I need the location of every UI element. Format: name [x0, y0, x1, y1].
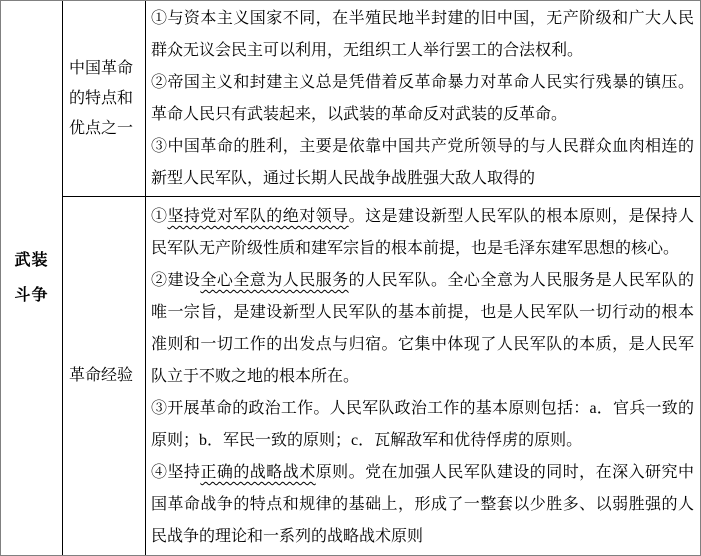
paragraph: ①坚持党对军队的绝对领导。这是建设新型人民军队的根本原则，是保持人民军队无产阶级… — [151, 201, 694, 265]
text-segment: ③开展革命的政治工作。人民军队政治工作的基本原则包括：a．官兵一致的原则；b．军… — [151, 400, 694, 449]
text-segment: ① — [151, 208, 167, 225]
table-row: 中国革命的特点和优点之一①与资本主义国家不同，在半殖民地半封建的旧中国，无产阶级… — [63, 1, 700, 197]
table-row: 革命经验①坚持党对军队的绝对领导。这是建设新型人民军队的根本原则，是保持人民军队… — [63, 197, 700, 555]
paragraph: ①与资本主义国家不同，在半殖民地半封建的旧中国，无产阶级和广大人民群众无议会民主… — [151, 3, 694, 67]
row-content-cell: ①与资本主义国家不同，在半殖民地半封建的旧中国，无产阶级和广大人民群众无议会民主… — [146, 1, 700, 196]
paragraph: ④坚持正确的战略战术原则。党在加强人民军队建设的同时，在深入研究中国革命战争的特… — [151, 457, 694, 553]
text-segment: ④坚持 — [151, 464, 200, 481]
wavy-underline-text: 坚持党对军队的绝对领导 — [167, 208, 348, 225]
paragraph: ②帝国主义和封建主义总是凭借着反革命暴力对革命人民实行残暴的镇压。革命人民只有武… — [151, 67, 694, 131]
notes-table: 武装斗争 中国革命的特点和优点之一①与资本主义国家不同，在半殖民地半封建的旧中国… — [0, 0, 701, 556]
rows-container: 中国革命的特点和优点之一①与资本主义国家不同，在半殖民地半封建的旧中国，无产阶级… — [63, 1, 700, 555]
paragraph: ③开展革命的政治工作。人民军队政治工作的基本原则包括：a．官兵一致的原则；b．军… — [151, 393, 694, 457]
wavy-underline-text: 全心全意为人民服务 — [200, 272, 348, 289]
wavy-underline-text: 正确的战略战术 — [200, 464, 315, 481]
row-header-cell: 革命经验 — [63, 197, 146, 555]
row-header-cell: 中国革命的特点和优点之一 — [63, 1, 146, 196]
topic-line: 斗争 — [14, 278, 48, 313]
row-header-line: 中国革命 — [69, 54, 145, 84]
row-header-line: 的特点和 — [69, 84, 145, 114]
paragraph: ②建设全心全意为人民服务的人民军队。全心全意为人民服务是人民军队的唯一宗旨，是建… — [151, 265, 694, 393]
text-segment: ②帝国主义和封建主义总是凭借着反革命暴力对革命人民实行残暴的镇压。革命人民只有武… — [151, 74, 694, 123]
row-header-line: 革命经验 — [69, 361, 145, 391]
row-content-cell: ①坚持党对军队的绝对领导。这是建设新型人民军队的根本原则，是保持人民军队无产阶级… — [146, 197, 700, 555]
topic-cell: 武装斗争 — [1, 1, 63, 555]
text-segment: ③中国革命的胜利，主要是依靠中国共产党所领导的与人民群众血肉相连的新型人民军队，… — [151, 138, 694, 187]
text-segment: ②建设 — [151, 272, 200, 289]
topic-line: 武装 — [14, 243, 48, 278]
text-segment: ①与资本主义国家不同，在半殖民地半封建的旧中国，无产阶级和广大人民群众无议会民主… — [151, 10, 694, 59]
paragraph: ③中国革命的胜利，主要是依靠中国共产党所领导的与人民群众血肉相连的新型人民军队，… — [151, 131, 694, 195]
row-header-line: 优点之一 — [69, 114, 145, 144]
